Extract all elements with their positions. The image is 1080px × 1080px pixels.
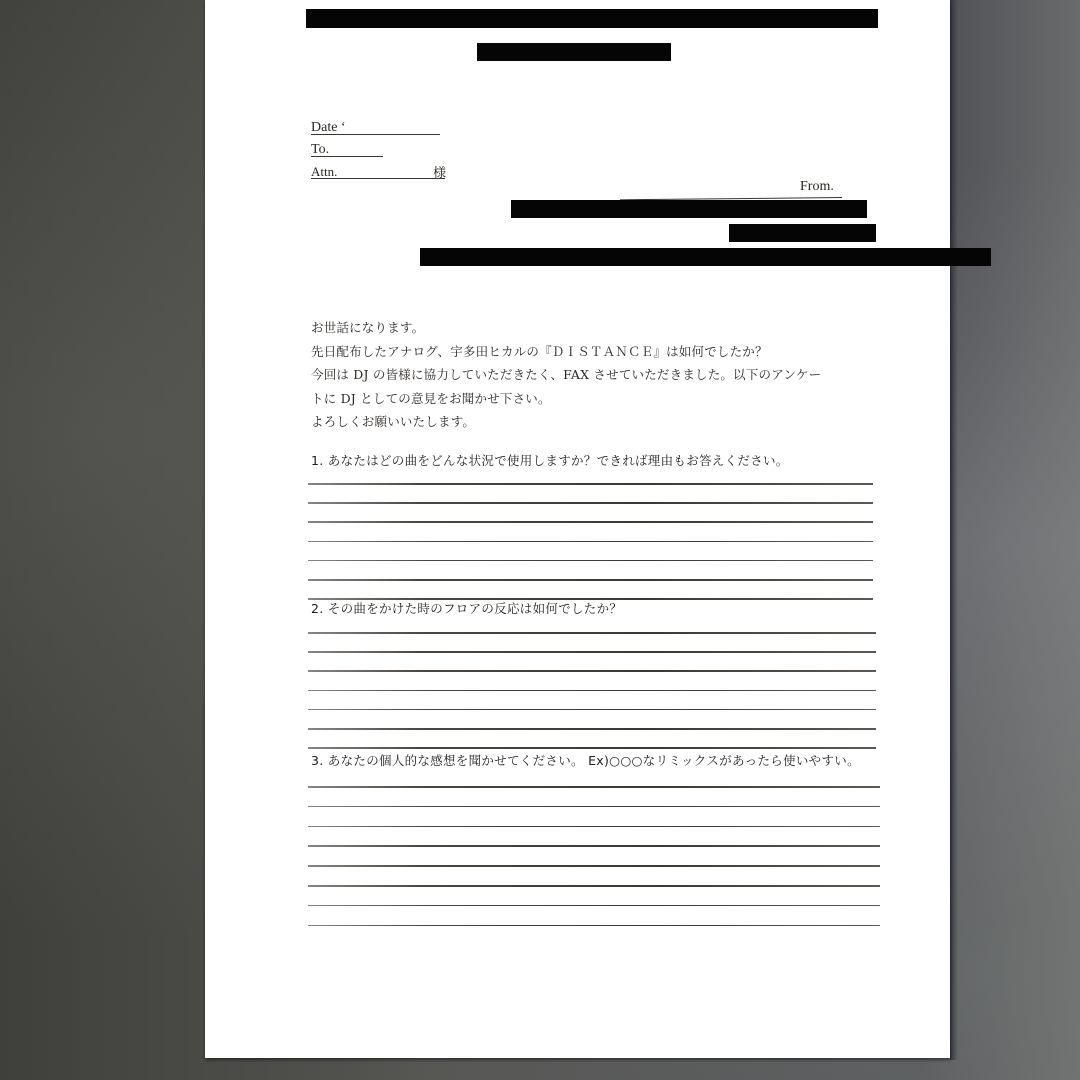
answer-line-q1 bbox=[308, 521, 873, 523]
answer-line-q3 bbox=[308, 786, 880, 788]
answer-line-q2 bbox=[308, 709, 876, 711]
answer-line-q3 bbox=[308, 806, 880, 808]
redacted-sender-line-3 bbox=[420, 248, 991, 266]
answer-line-q1 bbox=[308, 598, 873, 600]
redacted-sender-line-1 bbox=[511, 200, 867, 218]
intro-line: お世話になります。 bbox=[311, 316, 871, 340]
answer-line-q2 bbox=[308, 670, 876, 672]
answer-line-q2 bbox=[308, 690, 876, 692]
to-underline bbox=[311, 156, 383, 157]
answer-line-q3 bbox=[308, 826, 880, 828]
answer-line-q2 bbox=[308, 747, 876, 749]
answer-line-q3 bbox=[308, 925, 880, 927]
redacted-title bbox=[306, 9, 878, 28]
answer-line-q3 bbox=[308, 905, 880, 907]
answer-line-q2 bbox=[308, 651, 876, 653]
answer-line-q1 bbox=[308, 579, 873, 581]
intro-line: 先日配布したアナログ、宇多田ヒカルの『ＤＩＳＴＡＮＣＥ』は如何でしたか？ bbox=[311, 340, 871, 364]
intro-line: よろしくお願いいたします。 bbox=[311, 410, 871, 434]
answer-line-q2 bbox=[308, 632, 876, 634]
question-2: 2. その曲をかけた時のフロアの反応は如何でしたか？ bbox=[311, 599, 622, 617]
answer-line-q3 bbox=[308, 845, 880, 847]
attn-underline bbox=[311, 178, 445, 179]
intro-line: 今回は DJ の皆様に協力していただきたく、FAX させていただきました。以下の… bbox=[311, 363, 871, 387]
date-underline bbox=[311, 134, 440, 135]
redacted-subtitle bbox=[477, 43, 671, 61]
intro-paragraph: お世話になります。 先日配布したアナログ、宇多田ヒカルの『ＤＩＳＴＡＮＣＥ』は如… bbox=[311, 316, 871, 434]
question-3: 3. あなたの個人的な感想を聞かせてください。 Ex)○○○なリミックスがあった… bbox=[311, 751, 860, 769]
question-1: 1. あなたはどの曲をどんな状況で使用しますか？できれば理由もお答えください。 bbox=[311, 451, 789, 469]
answer-line-q3 bbox=[308, 865, 880, 867]
answer-line-q3 bbox=[308, 885, 880, 887]
intro-line: トに DJ としての意見をお聞かせ下さい。 bbox=[311, 387, 871, 411]
answer-line-q1 bbox=[308, 560, 873, 562]
answer-line-q1 bbox=[308, 483, 873, 485]
answer-line-q2 bbox=[308, 728, 876, 730]
answer-line-q1 bbox=[308, 541, 873, 543]
answer-line-q1 bbox=[308, 502, 873, 504]
surface-shadow bbox=[950, 0, 958, 1060]
fax-sheet bbox=[205, 0, 950, 1058]
redacted-sender-line-2 bbox=[729, 224, 876, 242]
from-label: From. bbox=[800, 179, 834, 195]
